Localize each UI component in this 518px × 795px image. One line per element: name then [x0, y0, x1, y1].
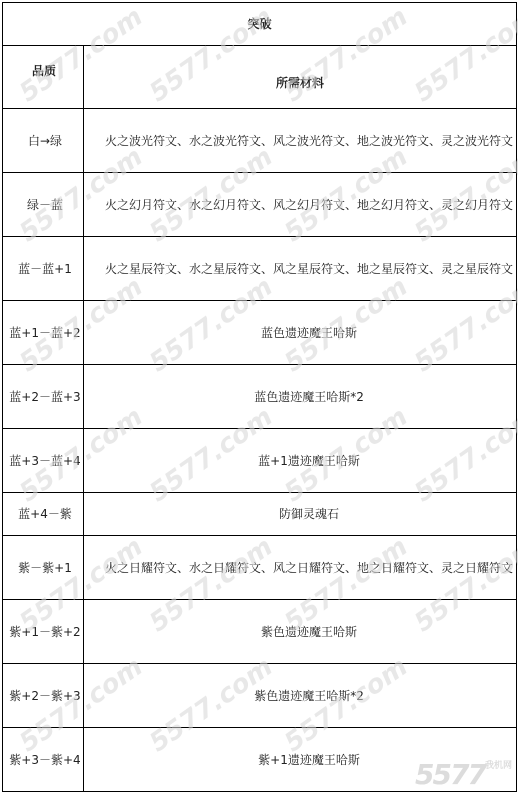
quality-cell: 蓝+2－蓝+3 [3, 365, 84, 429]
table-row: 蓝+2－蓝+3 蓝色遗迹魔王哈斯*2 [3, 365, 517, 429]
table-row: 白→绿 火之波光符文、水之波光符文、风之波光符文、地之波光符文、灵之波光符文 [3, 109, 517, 173]
materials-cell: 火之星辰符文、水之星辰符文、风之星辰符文、地之星辰符文、灵之星辰符文 [84, 237, 517, 301]
header-materials: 所需材料 [84, 46, 517, 109]
materials-cell: 防御灵魂石 [84, 493, 517, 536]
materials-cell: 蓝色遗迹魔王哈斯 [84, 301, 517, 365]
materials-cell: 火之日耀符文、水之日耀符文、风之日耀符文、地之日耀符文、灵之日耀符文 [84, 536, 517, 600]
quality-cell: 紫+1－紫+2 [3, 600, 84, 664]
table-row: 紫+3－紫+4 紫+1遗迹魔王哈斯 [3, 728, 517, 792]
quality-cell: 蓝+1－蓝+2 [3, 301, 84, 365]
materials-cell: 蓝色遗迹魔王哈斯*2 [84, 365, 517, 429]
materials-cell: 紫色遗迹魔王哈斯*2 [84, 664, 517, 728]
quality-cell: 绿－蓝 [3, 173, 84, 237]
quality-cell: 紫－紫+1 [3, 536, 84, 600]
quality-cell: 蓝+3－蓝+4 [3, 429, 84, 493]
table-header-row: 品质 所需材料 [3, 46, 517, 109]
table-row: 蓝+3－蓝+4 蓝+1遗迹魔王哈斯 [3, 429, 517, 493]
table-row: 蓝+1－蓝+2 蓝色遗迹魔王哈斯 [3, 301, 517, 365]
breakthrough-table: 突破 品质 所需材料 白→绿 火之波光符文、水之波光符文、风之波光符文、地之波光… [2, 2, 517, 792]
table-row: 紫+2－紫+3 紫色遗迹魔王哈斯*2 [3, 664, 517, 728]
quality-cell: 紫+2－紫+3 [3, 664, 84, 728]
table-title: 突破 [3, 3, 517, 46]
quality-cell: 白→绿 [3, 109, 84, 173]
quality-cell: 紫+3－紫+4 [3, 728, 84, 792]
table-row: 紫+1－紫+2 紫色遗迹魔王哈斯 [3, 600, 517, 664]
header-quality: 品质 [3, 46, 84, 109]
table-row: 紫－紫+1 火之日耀符文、水之日耀符文、风之日耀符文、地之日耀符文、灵之日耀符文 [3, 536, 517, 600]
materials-cell: 蓝+1遗迹魔王哈斯 [84, 429, 517, 493]
materials-cell: 火之波光符文、水之波光符文、风之波光符文、地之波光符文、灵之波光符文 [84, 109, 517, 173]
materials-cell: 紫+1遗迹魔王哈斯 [84, 728, 517, 792]
table-row: 绿－蓝 火之幻月符文、水之幻月符文、风之幻月符文、地之幻月符文、灵之幻月符文 [3, 173, 517, 237]
materials-cell: 紫色遗迹魔王哈斯 [84, 600, 517, 664]
materials-cell: 火之幻月符文、水之幻月符文、风之幻月符文、地之幻月符文、灵之幻月符文 [84, 173, 517, 237]
table-row: 蓝－蓝+1 火之星辰符文、水之星辰符文、风之星辰符文、地之星辰符文、灵之星辰符文 [3, 237, 517, 301]
quality-cell: 蓝－蓝+1 [3, 237, 84, 301]
table-row: 蓝+4－紫 防御灵魂石 [3, 493, 517, 536]
quality-cell: 蓝+4－紫 [3, 493, 84, 536]
